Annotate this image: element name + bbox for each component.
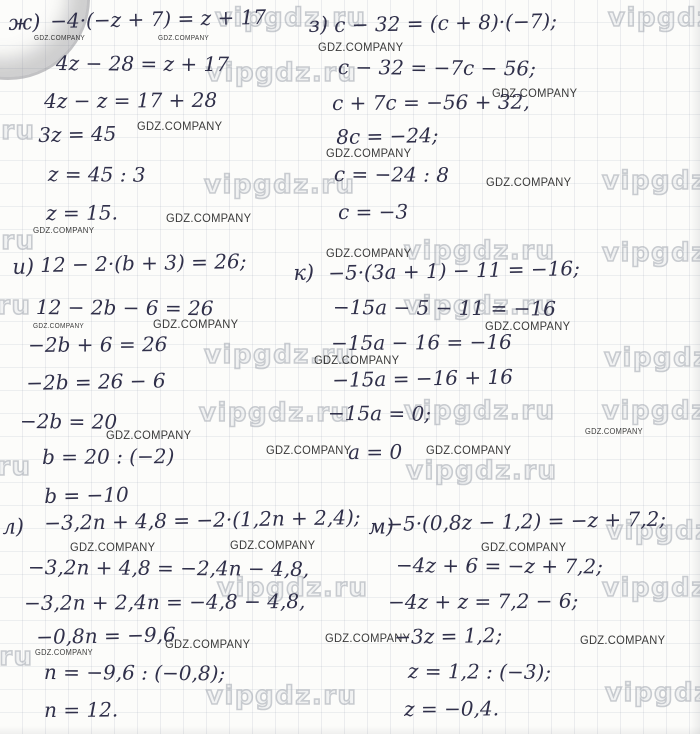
vipgdz-watermark: vipgdz.ru xyxy=(608,3,700,33)
equation-line-m-2: −4z + 6 = −z + 7,2; xyxy=(396,554,603,577)
gdz-company-watermark: GDZ.COMPANY xyxy=(266,443,351,457)
gdz-company-watermark: GDZ.COMPANY xyxy=(481,540,566,554)
equation-line-m-3: −4z + z = 7,2 − 6; xyxy=(388,590,578,613)
gdz-company-watermark: GDZ.COMPANY xyxy=(106,428,191,442)
equation-line-i-5: −2b = 20 xyxy=(20,410,117,433)
gdz-company-watermark: GDZ.COMPANY xyxy=(426,443,511,457)
vipgdz-watermark: vipgdz.ru xyxy=(0,642,34,672)
equation-line-i-4: −2b = 26 − 6 xyxy=(26,369,166,394)
equation-line-l-2: −3,2n + 4,8 = −2,4n − 4,8, xyxy=(28,556,309,580)
problem-label-z: з) xyxy=(308,13,328,37)
gdz-company-watermark: GDZ.COMPANY xyxy=(70,540,155,554)
vipgdz-watermark: vipgdz.ru xyxy=(204,170,356,200)
vipgdz-watermark: vipgdz.ru xyxy=(602,396,700,426)
equation-line-zh-1: −4·(−z + 7) = z + 17 xyxy=(50,6,266,32)
equation-line-k-5: −15a = 0; xyxy=(328,402,431,425)
equation-line-zh-3: 4z − z = 17 + 28 xyxy=(44,89,217,112)
equation-line-i-7: b = −10 xyxy=(44,483,129,507)
problem-label-i: и) xyxy=(12,255,35,279)
equation-line-z-4: 8c = −24; xyxy=(336,124,439,148)
equation-line-m-4: −3z = 1,2; xyxy=(394,624,502,648)
problem-label-k: к) xyxy=(293,261,315,285)
vipgdz-watermark: vipgdz.ru xyxy=(406,456,558,486)
vipgdz-watermark: vipgdz.ru xyxy=(605,678,700,708)
equation-line-i-6: b = 20 : (−2) xyxy=(42,445,174,468)
equation-line-z-1: c − 32 = (c + 8)·(−7); xyxy=(334,10,557,36)
problem-label-l: л) xyxy=(2,515,24,539)
equation-line-l-3: −3,2n + 2,4n = −4,8 − 4,8, xyxy=(24,590,305,614)
equation-line-k-3: −15a − 16 = −16 xyxy=(331,331,512,354)
vipgdz-watermark: vipgdz.ru xyxy=(206,681,358,711)
equation-line-i-2: 12 − 2b − 6 = 26 xyxy=(36,296,214,319)
gdz-company-watermark: GDZ.COMPANY xyxy=(230,538,315,552)
gdz-company-watermark: GDZ.COMPANY xyxy=(314,353,399,367)
page-bottom-edge xyxy=(0,726,700,734)
problem-label-zh: ж) xyxy=(8,11,41,35)
equation-line-zh-5: z = 45 : 3 xyxy=(48,163,146,186)
equation-line-m-6: z = −0,4. xyxy=(404,697,499,720)
equation-line-l-1: −3,2n + 4,8 = −2·(1,2n + 2,4); xyxy=(44,506,361,534)
gdz-company-watermark: GDZ.COMPANY xyxy=(585,427,643,436)
vipgdz-watermark: vipgdz.ru xyxy=(602,166,700,196)
equation-line-m-1: −5·(0,8z − 1,2) = −z + 7,2; xyxy=(386,508,666,535)
vipgdz-watermark: vipgdz.ru xyxy=(0,291,32,321)
gdz-company-watermark: GDZ.COMPANY xyxy=(137,119,222,133)
equation-line-zh-2: 4z − 28 = z + 17 xyxy=(56,52,229,75)
gdz-company-watermark: GDZ.COMPANY xyxy=(580,633,665,647)
equation-line-z-5: c = −24 : 8 xyxy=(334,163,449,186)
equation-line-l-6: n = 12. xyxy=(44,698,118,721)
notebook-page-photo: vipgdz.ruvipgdz.ruvipgdz.ruvipgdz.ruvipg… xyxy=(0,0,700,734)
gdz-company-watermark: GDZ.COMPANY xyxy=(35,648,93,657)
gdz-company-watermark: GDZ.COMPANY xyxy=(33,323,84,330)
equation-line-k-4: −15a = −16 + 16 xyxy=(332,366,513,391)
gdz-company-watermark: GDZ.COMPANY xyxy=(158,35,209,42)
equation-line-zh-6: z = 15. xyxy=(46,201,118,224)
equation-line-zh-4: 3z = 45 xyxy=(38,122,117,145)
gdz-company-watermark: GDZ.COMPANY xyxy=(486,175,571,189)
equation-line-m-5: z = 1,2 : (−3); xyxy=(408,660,551,683)
equation-line-z-3: c + 7c = −56 + 32, xyxy=(332,91,530,114)
equation-line-k-1: −5·(3a + 1) − 11 = −16; xyxy=(328,257,580,284)
vipgdz-watermark: vipgdz.ru xyxy=(602,238,700,268)
equation-line-i-3: −2b + 6 = 26 xyxy=(28,333,168,356)
gdz-company-watermark: GDZ.COMPANY xyxy=(34,35,85,42)
equation-line-z-2: c − 32 = −7c − 56; xyxy=(338,56,536,79)
equation-line-l-4: −0,8n = −9,6 xyxy=(36,623,176,648)
vipgdz-watermark: vipgdz.ru xyxy=(602,573,700,603)
gdz-company-watermark: GDZ.COMPANY xyxy=(318,40,403,54)
equation-line-z-6: c = −3 xyxy=(338,201,408,223)
vipgdz-watermark: vipgdz.ru xyxy=(0,116,36,146)
gdz-company-watermark: GDZ.COMPANY xyxy=(33,225,94,235)
gdz-company-watermark: GDZ.COMPANY xyxy=(166,211,251,225)
equation-line-l-5: n = −9,6 : (−0,8); xyxy=(44,661,225,684)
equation-line-k-2: −15a − 5 − 11 = −16 xyxy=(333,296,556,320)
gdz-company-watermark: GDZ.COMPANY xyxy=(165,637,250,651)
vipgdz-watermark: vipgdz.ru xyxy=(0,226,36,256)
vipgdz-watermark: vipgdz.ru xyxy=(604,343,700,373)
page-right-edge xyxy=(690,0,700,734)
vipgdz-watermark: vipgdz.ru xyxy=(0,452,32,482)
equation-line-k-6: a = 0 xyxy=(348,441,402,463)
equation-line-i-1: 12 − 2·(b + 3) = 26; xyxy=(40,250,247,276)
gdz-company-watermark: GDZ.COMPANY xyxy=(326,246,411,260)
